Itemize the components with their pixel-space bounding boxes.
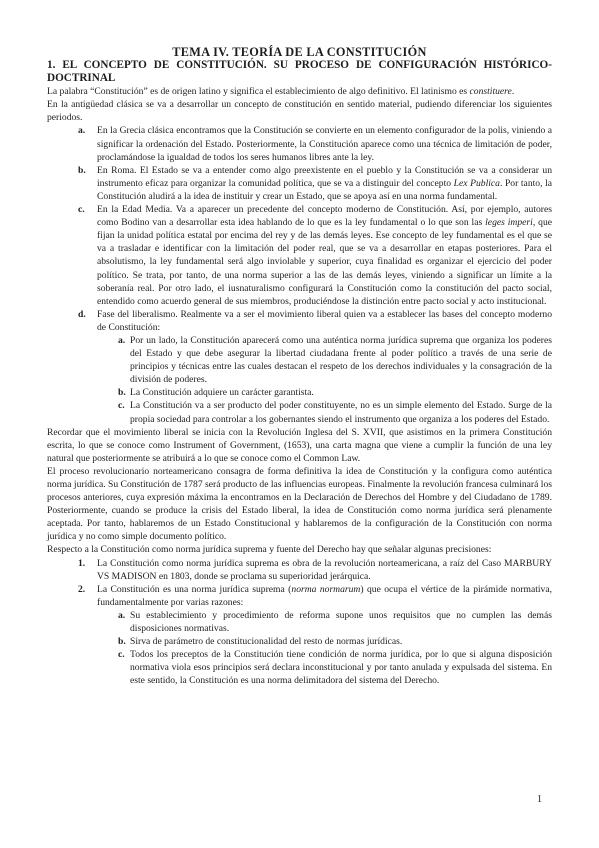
list-item: a.En la Grecia clásica encontramos que l… <box>47 124 552 163</box>
list-item: a.Por un lado, la Constitución aparecerá… <box>47 334 552 386</box>
list-marker: d. <box>78 308 86 321</box>
list-item: d.Fase del liberalismo. Realmente va a s… <box>47 308 552 334</box>
paragraph: El proceso revolucionario norteamericano… <box>47 465 552 544</box>
paragraph: Respecto a la Constitución como norma ju… <box>47 543 552 556</box>
list-marker: a. <box>78 124 85 137</box>
list-marker: 2. <box>78 583 85 596</box>
list-item-text: Sirva de parámetro de constitucionalidad… <box>130 636 402 647</box>
list-item-text: La Constitución adquiere un carácter gar… <box>130 387 314 398</box>
list-item-text: Por un lado, la Constitución aparecerá c… <box>130 335 552 385</box>
paragraph: La palabra “Constitución” es de origen l… <box>47 85 552 98</box>
list-marker: c. <box>78 203 85 216</box>
list-item: a.Su establecimiento y procedimiento de … <box>47 609 552 635</box>
list-item-text: La Constitución es una norma jurídica su… <box>97 584 552 608</box>
list-item: c.La Constitución va a ser producto del … <box>47 399 552 425</box>
list-item: 1.La Constitución como norma jurídica su… <box>47 557 552 583</box>
list-item-text: La Constitución como norma jurídica supr… <box>97 558 552 582</box>
list-item: b.En Roma. El Estado se va a entender co… <box>47 164 552 203</box>
list-item: c.Todos los preceptos de la Constitución… <box>47 648 552 687</box>
document-page: TEMA IV. TEORÍA DE LA CONSTITUCIÓN1. EL … <box>0 0 599 848</box>
list-item-text: En Roma. El Estado se va a entender como… <box>97 165 552 202</box>
list-marker: a. <box>118 334 125 347</box>
list-marker: b. <box>118 635 126 648</box>
list-marker: c. <box>118 399 125 412</box>
document-body: TEMA IV. TEORÍA DE LA CONSTITUCIÓN1. EL … <box>47 45 552 688</box>
paragraph: Recordar que el movimiento liberal se in… <box>47 426 552 465</box>
page-number: 1 <box>537 793 542 806</box>
document-title: TEMA IV. TEORÍA DE LA CONSTITUCIÓN <box>47 45 552 59</box>
list-item-text: Su establecimiento y procedimiento de re… <box>130 610 552 634</box>
list-item: b.La Constitución adquiere un carácter g… <box>47 386 552 399</box>
list-marker: 1. <box>78 557 85 570</box>
list-item-text: En la Grecia clásica encontramos que la … <box>97 125 552 162</box>
list-item-text: Todos los preceptos de la Constitución t… <box>130 649 552 686</box>
list-item: b.Sirva de parámetro de constitucionalid… <box>47 635 552 648</box>
list-marker: a. <box>118 609 125 622</box>
list-item: c.En la Edad Media. Va a aparecer un pre… <box>47 203 552 308</box>
list-marker: c. <box>118 648 125 661</box>
list-item: 2.La Constitución es una norma jurídica … <box>47 583 552 609</box>
list-item-text: La Constitución va a ser producto del po… <box>130 400 552 424</box>
list-item-text: Fase del liberalismo. Realmente va a ser… <box>97 309 552 333</box>
section-heading: 1. EL CONCEPTO DE CONSTITUCIÓN. SU PROCE… <box>47 59 552 85</box>
list-marker: b. <box>78 164 86 177</box>
paragraph: En la antigüedad clásica se va a desarro… <box>47 98 552 124</box>
list-marker: b. <box>118 386 126 399</box>
list-item-text: En la Edad Media. Va a aparecer un prece… <box>97 204 552 307</box>
